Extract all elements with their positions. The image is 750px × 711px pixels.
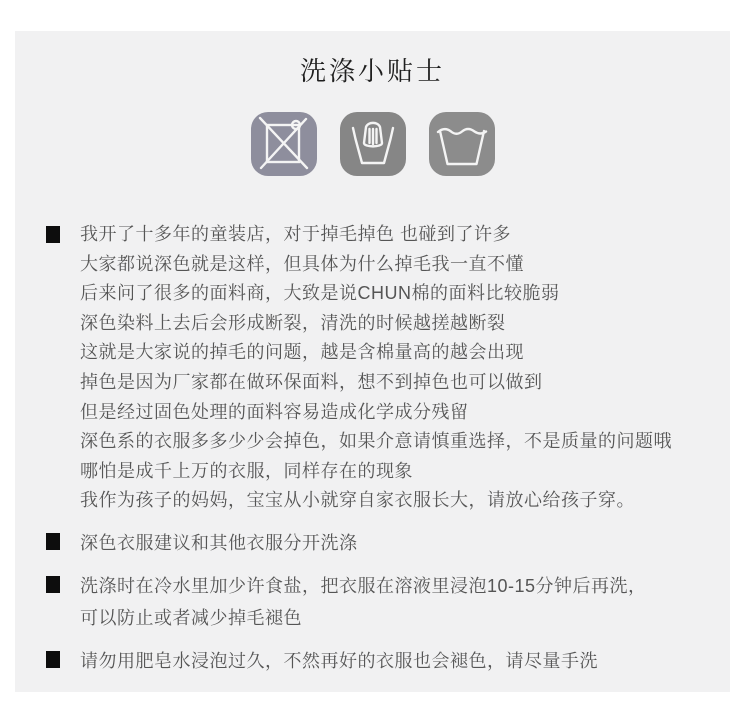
tip-line: 大家都说深色就是这样，但具体为什么掉毛我一直不懂: [80, 250, 672, 280]
tip-line: 可以防止或者减少掉毛褪色: [80, 602, 647, 634]
tip-text-block: 洗涤时在冷水里加少许食盐，把衣服在溶液里浸泡10-15分钟后再洗， 可以防止或者…: [80, 570, 647, 634]
hand-wash-icon: [340, 112, 406, 176]
tip-line: 深色染料上去后会形成断裂，清洗的时候越搓越断裂: [80, 309, 672, 339]
bullet-square-icon: [46, 226, 60, 243]
tip-item-no-soap-soak: 请勿用肥皂水浸泡过久，不然再好的衣服也会褪色，请尽量手洗: [46, 645, 712, 677]
tip-line: 洗涤时在冷水里加少许食盐，把衣服在溶液里浸泡10-15分钟后再洗，: [80, 570, 647, 602]
tip-line: 我作为孩子的妈妈，宝宝从小就穿自家衣服长大，请放心给孩子穿。: [80, 486, 672, 516]
tip-line: 这就是大家说的掉毛的问题，越是含棉量高的越会出现: [80, 338, 672, 368]
tip-text-block: 请勿用肥皂水浸泡过久，不然再好的衣服也会褪色，请尽量手洗: [80, 645, 598, 677]
tip-line: 但是经过固色处理的面料容易造成化学成分残留: [80, 398, 672, 428]
tip-text-block: 我开了十多年的童装店，对于掉毛掉色 也碰到了许多 大家都说深色就是这样，但具体为…: [80, 220, 672, 516]
tip-line: 请勿用肥皂水浸泡过久，不然再好的衣服也会褪色，请尽量手洗: [80, 645, 598, 677]
tip-line: 后来问了很多的面料商，大致是说CHUN棉的面料比较脆弱: [80, 279, 672, 309]
machine-wash-icon: [429, 112, 495, 176]
tip-text-block: 深色衣服建议和其他衣服分开洗涤: [80, 527, 358, 559]
tip-line: 掉色是因为厂家都在做环保面料，想不到掉色也可以做到: [80, 368, 672, 398]
care-tips-card: 洗涤小贴士: [15, 31, 730, 692]
do-not-tumble-dry-icon: [251, 112, 317, 176]
tip-line: 深色衣服建议和其他衣服分开洗涤: [80, 527, 358, 559]
bullet-square-icon: [46, 533, 60, 550]
tips-list: 我开了十多年的童装店，对于掉毛掉色 也碰到了许多 大家都说深色就是这样，但具体为…: [15, 220, 730, 677]
page-title: 洗涤小贴士: [15, 51, 730, 88]
care-tips-page: 洗涤小贴士: [0, 0, 750, 711]
tip-line: 哪怕是成千上万的衣服，同样存在的现象: [80, 457, 672, 487]
tip-item-salt-soak: 洗涤时在冷水里加少许食盐，把衣服在溶液里浸泡10-15分钟后再洗， 可以防止或者…: [46, 570, 712, 634]
tip-item-separate-wash: 深色衣服建议和其他衣服分开洗涤: [46, 527, 712, 559]
care-symbols-row: [15, 112, 730, 176]
bullet-square-icon: [46, 576, 60, 593]
tip-line: 我开了十多年的童装店，对于掉毛掉色 也碰到了许多: [80, 220, 672, 250]
tip-line: 深色系的衣服多多少少会掉色，如果介意请慎重选择，不是质量的问题哦: [80, 427, 672, 457]
bullet-square-icon: [46, 651, 60, 668]
tip-item-story: 我开了十多年的童装店，对于掉毛掉色 也碰到了许多 大家都说深色就是这样，但具体为…: [46, 220, 712, 516]
